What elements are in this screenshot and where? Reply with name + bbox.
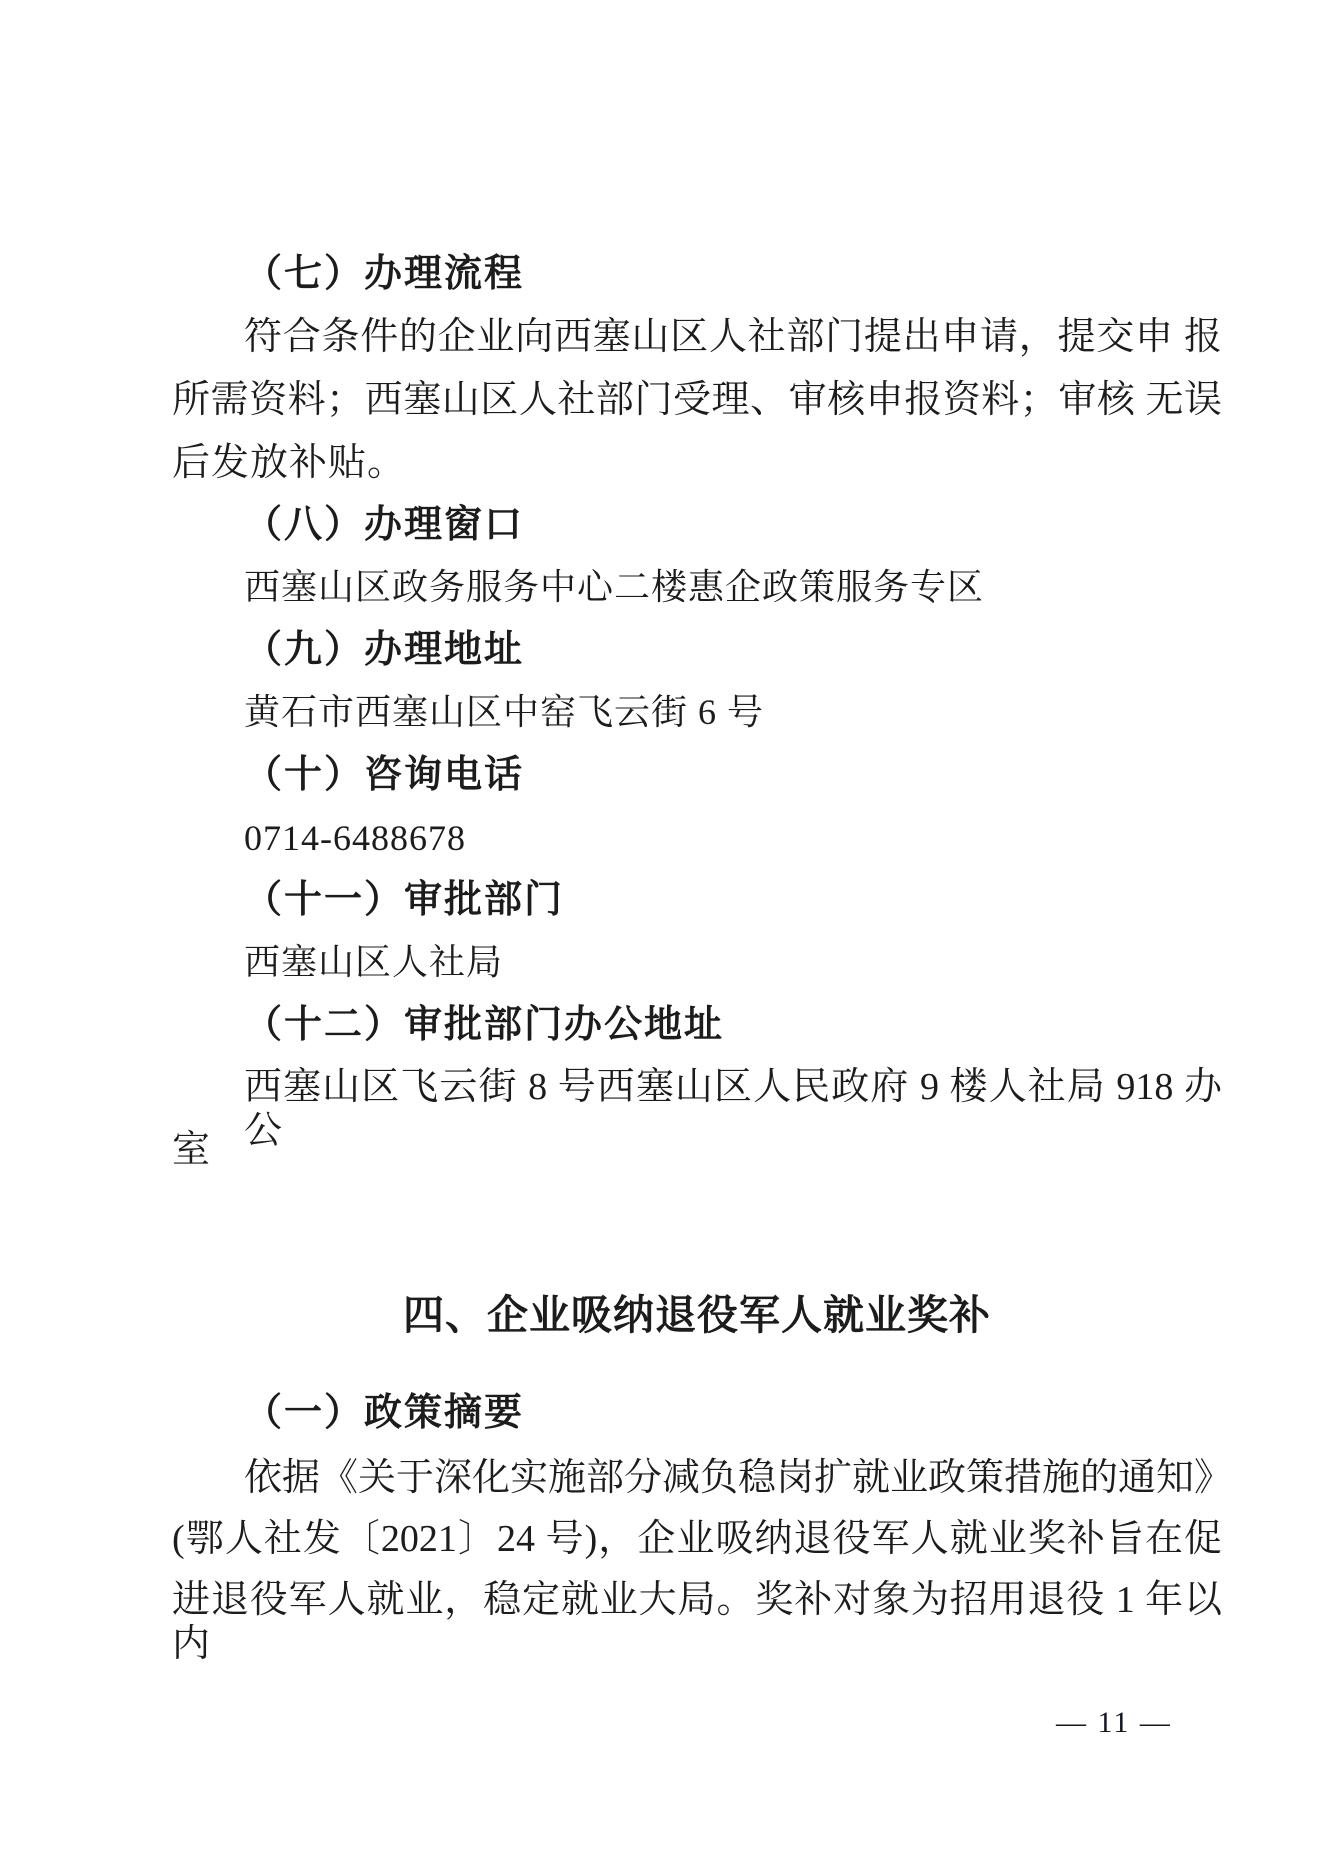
chapter-heading-veteran-employment-subsidy: 四、企业吸纳退役军人就业奖补 [172,1292,1222,1339]
paragraph-line: 符合条件的企业向西塞山区人社部门提出申请，提交申 报 [244,316,1222,360]
section-heading-dept-office-address: （十二）审批部门办公地址 [244,1004,724,1048]
paragraph-line: 西塞山区飞云街 8 号西塞山区人民政府 9 楼人社局 918 办公 [244,1066,1222,1153]
paragraph-line: 进退役军人就业，稳定就业大局。奖补对象为招用退役 1 年以内 [172,1579,1222,1666]
phone-number-value: 0714-6488678 [244,818,466,859]
section-heading-service-window: （八）办理窗口 [244,504,524,548]
section-heading-service-address: （九）办理地址 [244,629,524,673]
page-number: — 11 — [1056,1706,1172,1740]
section-heading-phone: （十）咨询电话 [244,754,524,798]
section-heading-policy-summary: （一）政策摘要 [244,1392,524,1436]
service-window-value: 西塞山区政务服务中心二楼惠企政策服务专区 [244,567,984,608]
section-heading-processing-flow: （七）办理流程 [244,253,524,297]
approval-dept-value: 西塞山区人社局 [244,942,503,983]
paragraph-line: 所需资料；西塞山区人社部门受理、审核申报资料；审核 无误 [172,379,1222,423]
paragraph-line: (鄂人社发〔2021〕24 号)，企业吸纳退役军人就业奖补旨在促 [172,1518,1222,1562]
paragraph-line: 依据《关于深化实施部分减负稳岗扩就业政策措施的通知》 [244,1457,1222,1501]
document-page: （七）办理流程 符合条件的企业向西塞山区人社部门提出申请，提交申 报 所需资料；… [0,0,1323,1871]
service-address-value: 黄石市西塞山区中窑飞云街 6 号 [244,692,764,733]
paragraph-line: 室 [172,1129,211,1173]
paragraph-line: 后发放补贴。 [172,442,406,486]
section-heading-approval-dept: （十一）审批部门 [244,879,564,923]
